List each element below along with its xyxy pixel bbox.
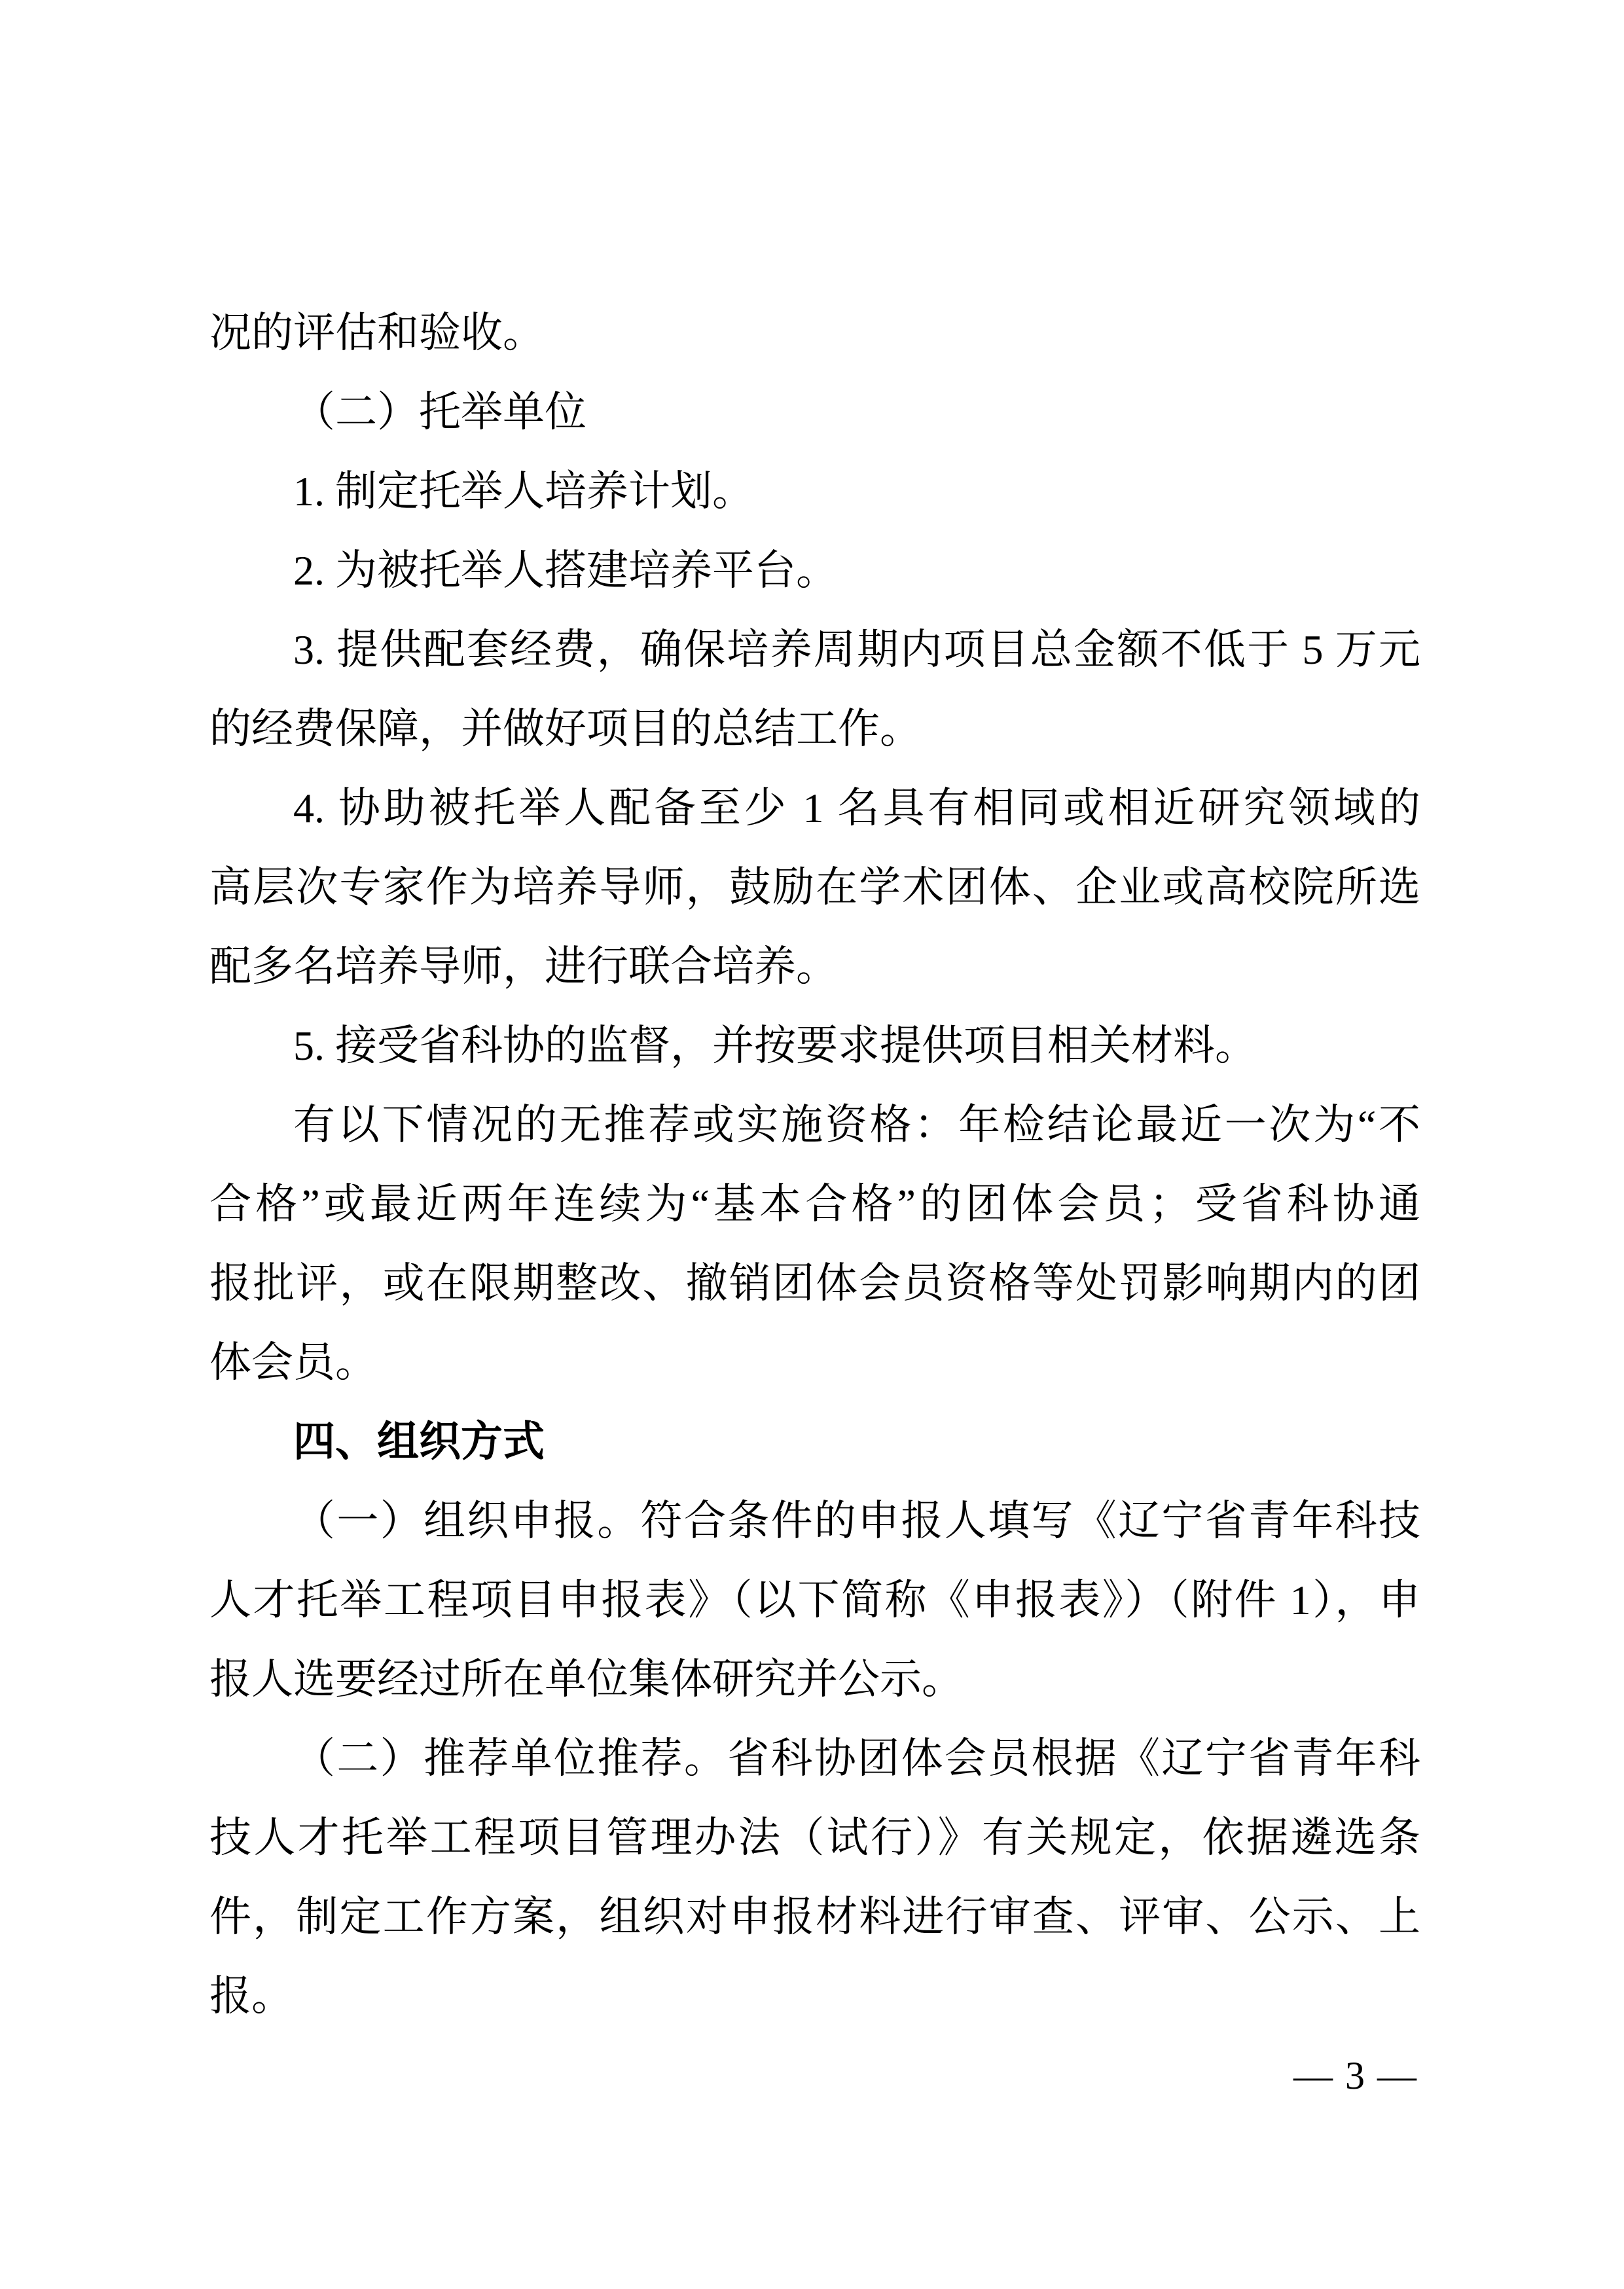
text-line: 报批评，或在限期整改、撤销团体会员资格等处罚影响期内的团 (209, 1244, 1420, 1323)
text-line: 人才托举工程项目申报表》（以下简称《申报表》）（附件 1），申 (209, 1560, 1420, 1640)
text-line: 高层次专家作为培养导师，鼓励在学术团体、企业或高校院所选 (209, 848, 1420, 927)
text-line: （二）托举单位 (209, 372, 1420, 452)
document-body: 况的评估和验收。（二）托举单位1. 制定托举人培养计划。2. 为被托举人搭建培养… (209, 293, 1420, 2036)
text-line: 4. 协助被托举人配备至少 1 名具有相同或相近研究领域的 (209, 768, 1420, 848)
text-line: （一）组织申报。符合条件的申报人填写《辽宁省青年科技 (209, 1481, 1420, 1560)
text-line: 的经费保障，并做好项目的总结工作。 (209, 689, 1420, 768)
text-line: 报人选要经过所在单位集体研究并公示。 (209, 1640, 1420, 1719)
text-line: （二）推荐单位推荐。省科协团体会员根据《辽宁省青年科 (209, 1719, 1420, 1798)
text-line: 配多名培养导师，进行联合培养。 (209, 927, 1420, 1006)
page-number: — 3 — (1293, 2054, 1418, 2097)
text-line: 体会员。 (209, 1323, 1420, 1402)
text-line: 报。 (209, 1956, 1420, 2036)
text-line: 3. 提供配套经费，确保培养周期内项目总金额不低于 5 万元 (209, 610, 1420, 689)
text-line: 有以下情况的无推荐或实施资格：年检结论最近一次为“不 (209, 1085, 1420, 1164)
text-line: 5. 接受省科协的监督，并按要求提供项目相关材料。 (209, 1006, 1420, 1085)
text-line: 技人才托举工程项目管理办法（试行）》有关规定，依据遴选条 (209, 1798, 1420, 1877)
section-heading: 四、组织方式 (209, 1402, 1420, 1481)
text-line: 况的评估和验收。 (209, 293, 1420, 372)
text-line: 2. 为被托举人搭建培养平台。 (209, 531, 1420, 610)
text-line: 合格”或最近两年连续为“基本合格”的团体会员；受省科协通 (209, 1164, 1420, 1244)
text-line: 件，制定工作方案，组织对申报材料进行审查、评审、公示、上 (209, 1877, 1420, 1956)
text-line: 1. 制定托举人培养计划。 (209, 452, 1420, 531)
document-page: 况的评估和验收。（二）托举单位1. 制定托举人培养计划。2. 为被托举人搭建培养… (0, 0, 1624, 2289)
